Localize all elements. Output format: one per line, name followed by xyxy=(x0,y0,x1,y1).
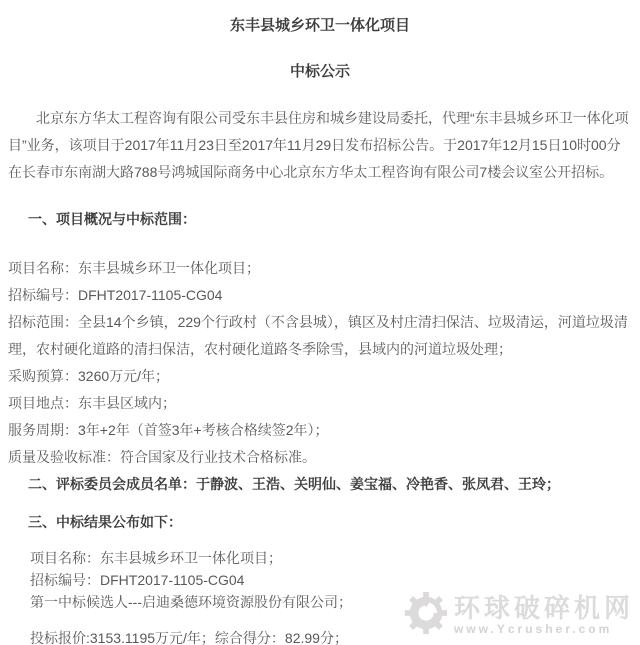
procurement-budget-line: 采购预算：3260万元/年； xyxy=(0,363,640,390)
first-winning-candidate-line: 第一中标候选人---启迪桑德环境资源股份有限公司； xyxy=(0,591,640,613)
section3-items: 项目名称：东丰县城乡环卫一体化项目； 招标编号：DFHT2017-1105-CG… xyxy=(0,547,640,613)
intro-paragraph: 北京东方华太工程咨询有限公司受东丰县住房和城乡建设局委托，代理“东丰县城乡环卫一… xyxy=(0,105,640,186)
document-subtitle: 中标公示 xyxy=(0,62,640,82)
bid-price-score-line: 投标报价:3153.1195万元/年；综合得分：82.99分； xyxy=(0,627,640,645)
result-tender-number-line: 招标编号：DFHT2017-1105-CG04 xyxy=(0,569,640,591)
section1-heading: 一、项目概况与中标范围： xyxy=(0,206,640,233)
tender-scope-line: 招标范围：全县14个乡镇，229个行政村（不含县城），镇区及村庄清扫保洁、垃圾清… xyxy=(0,309,640,363)
section1-items: 项目名称：东丰县城乡环卫一体化项目； 招标编号：DFHT2017-1105-CG… xyxy=(0,255,640,471)
result-project-name-line: 项目名称：东丰县城乡环卫一体化项目； xyxy=(0,547,640,569)
project-location-line: 项目地点：东丰县区域内； xyxy=(0,390,640,417)
bid-announcement-document: 东丰县城乡环卫一体化项目 中标公示 北京东方华太工程咨询有限公司受东丰县住房和城… xyxy=(0,0,640,645)
tender-number-line: 招标编号：DFHT2017-1105-CG04 xyxy=(0,282,640,309)
service-period-line: 服务周期：3年+2年（首签3年+考核合格续签2年）； xyxy=(0,417,640,444)
section3-heading: 三、中标结果公布如下： xyxy=(0,509,640,536)
section2-heading: 二、评标委员会成员名单：于静波、王浩、关明仙、姜宝福、冷艳香、张凤君、王玲； xyxy=(0,471,640,498)
quality-standard-line: 质量及验收标准：符合国家及行业技术合格标准。 xyxy=(0,444,640,471)
document-title: 东丰县城乡环卫一体化项目 xyxy=(0,0,640,36)
project-name-line: 项目名称：东丰县城乡环卫一体化项目； xyxy=(0,255,640,282)
